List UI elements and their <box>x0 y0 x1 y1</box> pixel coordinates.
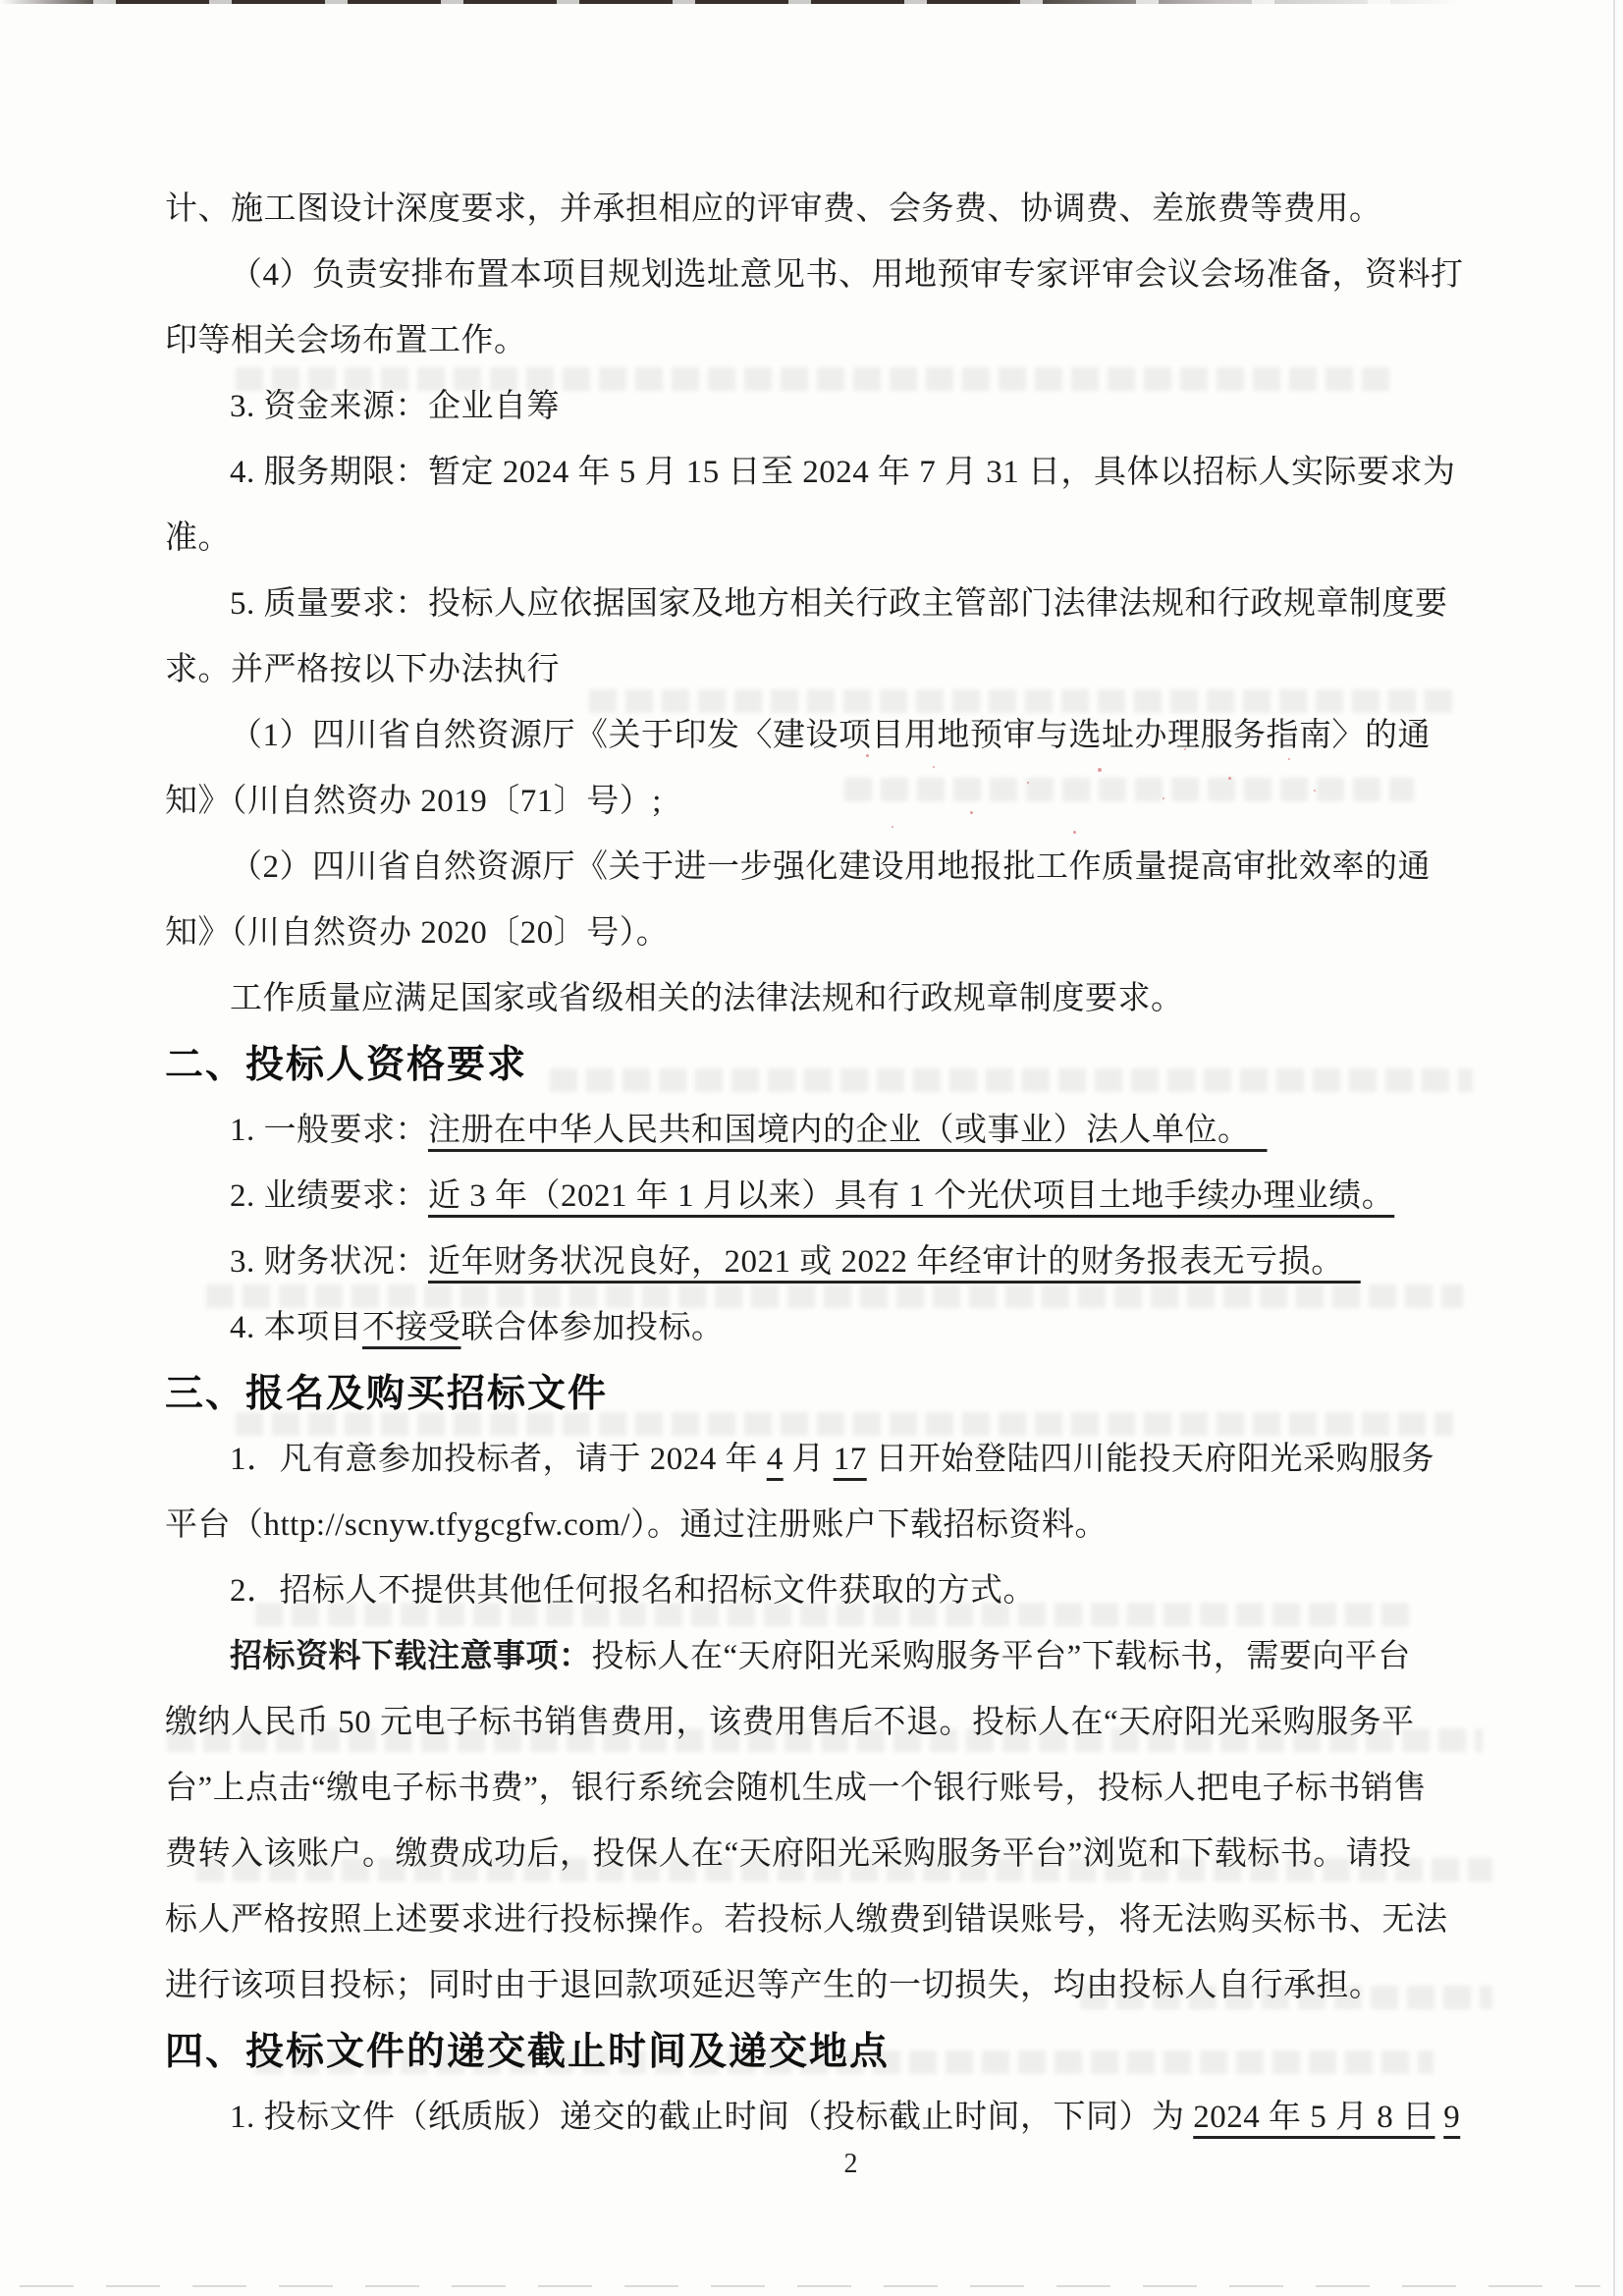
text-segment: 二、投标人资格要求 <box>165 1044 527 1086</box>
text-segment: 注册在中华人民共和国境内的企业（或事业）法人单位。 <box>428 1113 1268 1148</box>
text-line: 2．招标人不提供其他任何报名和招标文件获取的方式。 <box>165 1558 1505 1624</box>
text-segment: 1．凡有意参加投标者，请于 2024 年 <box>230 1442 767 1477</box>
text-segment: 1. 投标文件（纸质版）递交的截止时间（投标截止时间，下同）为 <box>230 2100 1193 2135</box>
text-segment: （1）四川省自然资源厅《关于印发〈建设项目用地预审与选址办理服务指南〉的通 <box>230 718 1431 753</box>
text-segment: 知》（川自然资办 2019〔71〕号）; <box>165 784 662 819</box>
text-segment <box>1435 2100 1444 2135</box>
text-line: 4. 服务期限：暂定 2024 年 5 月 15 日至 2024 年 7 月 3… <box>165 440 1505 506</box>
text-line: 进行该项目投标；同时由于退回款项延迟等产生的一切损失，均由投标人自行承担。 <box>165 1953 1505 2019</box>
section-heading: 四、投标文件的递交截止时间及递交地点 <box>165 2019 1505 2085</box>
section-heading: 二、投标人资格要求 <box>165 1032 1505 1098</box>
text-segment: （4）负责安排布置本项目规划选址意见书、用地预审专家评审会议会场准备，资料打 <box>230 257 1464 293</box>
text-line: 缴纳人民币 50 元电子标书销售费用，该费用售后不退。投标人在“天府阳光采购服务… <box>165 1690 1505 1756</box>
text-segment: 9 <box>1443 2100 1460 2135</box>
text-segment: 不接受 <box>362 1310 461 1345</box>
text-segment: 费转入该账户。缴费成功后，投保人在“天府阳光采购服务平台”浏览和下载标书。请投 <box>165 1836 1412 1872</box>
text-segment: 标人严格按照上述要求进行投标操作。若投标人缴费到错误账号，将无法购买标书、无法 <box>165 1902 1448 1938</box>
text-segment: 平台（http://scnyw.tfygcgfw.com/）。通过注册账户下载招… <box>165 1507 1108 1543</box>
scan-edge-right-artifact <box>1613 0 1615 2296</box>
text-segment: 知》（川自然资办 2020〔20〕号）。 <box>165 915 669 951</box>
text-line: 台”上点击“缴电子标书费”，银行系统会随机生成一个银行账号，投标人把电子标书销售 <box>165 1756 1505 1822</box>
text-segment: 三、报名及购买招标文件 <box>165 1373 608 1415</box>
text-line: 平台（http://scnyw.tfygcgfw.com/）。通过注册账户下载招… <box>165 1493 1505 1558</box>
text-segment: 17 <box>834 1442 867 1477</box>
text-segment: 工作质量应满足国家或省级相关的法律法规和行政规章制度要求。 <box>230 981 1184 1016</box>
text-segment: 4. 本项目 <box>230 1310 362 1345</box>
text-line: （4）负责安排布置本项目规划选址意见书、用地预审专家评审会议会场准备，资料打 <box>165 243 1505 308</box>
text-segment: 日开始登陆四川能投天府阳光采购服务 <box>867 1442 1434 1477</box>
scan-edge-bottom-artifact <box>20 2285 1600 2287</box>
text-line: 4. 本项目不接受联合体参加投标。 <box>165 1295 1505 1361</box>
text-line: 计、施工图设计深度要求，并承担相应的评审费、会务费、协调费、差旅费等费用。 <box>165 177 1505 243</box>
scan-edge-top-artifact <box>0 0 1623 4</box>
document-body: 计、施工图设计深度要求，并承担相应的评审费、会务费、协调费、差旅费等费用。（4）… <box>165 177 1505 2151</box>
text-segment: 3. 财务状况： <box>230 1244 428 1280</box>
text-line: 3. 财务状况：近年财务状况良好，2021 或 2022 年经审计的财务报表无亏… <box>165 1230 1505 1295</box>
text-line: 知》（川自然资办 2019〔71〕号）; <box>165 769 1505 835</box>
text-segment: 四、投标文件的递交截止时间及递交地点 <box>165 2031 890 2073</box>
text-segment: 1. 一般要求： <box>230 1113 428 1148</box>
text-line: 准。 <box>165 506 1505 572</box>
text-segment: 投标人在“天府阳光采购服务平台”下载标书，需要向平台 <box>592 1639 1411 1674</box>
text-line: （1）四川省自然资源厅《关于印发〈建设项目用地预审与选址办理服务指南〉的通 <box>165 703 1505 769</box>
text-segment: 4. 服务期限：暂定 2024 年 5 月 15 日至 2024 年 7 月 3… <box>230 455 1456 490</box>
text-line: 印等相关会场布置工作。 <box>165 308 1505 374</box>
text-line: 费转入该账户。缴费成功后，投保人在“天府阳光采购服务平台”浏览和下载标书。请投 <box>165 1822 1505 1887</box>
document-page: 计、施工图设计深度要求，并承担相应的评审费、会务费、协调费、差旅费等费用。（4）… <box>0 0 1623 2296</box>
text-segment: 4 <box>767 1442 784 1477</box>
text-segment: 5. 质量要求：投标人应依据国家及地方相关行政主管部门法律法规和行政规章制度要 <box>230 586 1448 622</box>
text-segment: 进行该项目投标；同时由于退回款项延迟等产生的一切损失，均由投标人自行承担。 <box>165 1968 1382 2003</box>
text-segment: 2024 年 5 月 8 日 <box>1193 2100 1434 2135</box>
page-number: 2 <box>39 2149 1623 2180</box>
text-line: （2）四川省自然资源厅《关于进一步强化建设用地报批工作质量提高审批效率的通 <box>165 835 1505 901</box>
text-line: 3. 资金来源：企业自筹 <box>165 374 1505 440</box>
text-segment: 印等相关会场布置工作。 <box>165 323 527 358</box>
text-line: 求。并严格按以下办法执行 <box>165 637 1505 703</box>
text-line: 标人严格按照上述要求进行投标操作。若投标人缴费到错误账号，将无法购买标书、无法 <box>165 1887 1505 1953</box>
text-line: 1．凡有意参加投标者，请于 2024 年 4 月 17 日开始登陆四川能投天府阳… <box>165 1427 1505 1493</box>
text-segment: 缴纳人民币 50 元电子标书销售费用，该费用售后不退。投标人在“天府阳光采购服务… <box>165 1705 1415 1740</box>
text-segment: 求。并严格按以下办法执行 <box>165 652 560 687</box>
text-segment: 3. 资金来源：企业自筹 <box>230 389 560 424</box>
text-line: 招标资料下载注意事项：投标人在“天府阳光采购服务平台”下载标书，需要向平台 <box>165 1624 1505 1690</box>
text-segment: 计、施工图设计深度要求，并承担相应的评审费、会务费、协调费、差旅费等费用。 <box>165 191 1382 227</box>
text-line: 工作质量应满足国家或省级相关的法律法规和行政规章制度要求。 <box>165 966 1505 1032</box>
text-segment: 2. 业绩要求： <box>230 1178 428 1214</box>
text-segment: 准。 <box>165 520 231 556</box>
text-line: 5. 质量要求：投标人应依据国家及地方相关行政主管部门法律法规和行政规章制度要 <box>165 572 1505 637</box>
text-line: 1. 投标文件（纸质版）递交的截止时间（投标截止时间，下同）为 2024 年 5… <box>165 2085 1505 2151</box>
text-segment: 近年财务状况良好，2021 或 2022 年经审计的财务报表无亏损。 <box>428 1244 1361 1280</box>
text-segment: 联合体参加投标。 <box>461 1310 725 1345</box>
text-line: 2. 业绩要求：近 3 年（2021 年 1 月以来）具有 1 个光伏项目土地手… <box>165 1164 1505 1230</box>
text-segment: （2）四川省自然资源厅《关于进一步强化建设用地报批工作质量提高审批效率的通 <box>230 849 1431 885</box>
section-heading: 三、报名及购买招标文件 <box>165 1361 1505 1427</box>
text-segment: 近 3 年（2021 年 1 月以来）具有 1 个光伏项目土地手续办理业绩。 <box>428 1178 1394 1214</box>
text-segment: 2．招标人不提供其他任何报名和招标文件获取的方式。 <box>230 1573 1036 1609</box>
text-segment: 招标资料下载注意事项： <box>230 1639 592 1674</box>
text-line: 1. 一般要求：注册在中华人民共和国境内的企业（或事业）法人单位。 <box>165 1098 1505 1164</box>
text-segment: 台”上点击“缴电子标书费”，银行系统会随机生成一个银行账号，投标人把电子标书销售 <box>165 1771 1427 1806</box>
text-segment: 月 <box>784 1442 834 1477</box>
text-line: 知》（川自然资办 2020〔20〕号）。 <box>165 901 1505 966</box>
